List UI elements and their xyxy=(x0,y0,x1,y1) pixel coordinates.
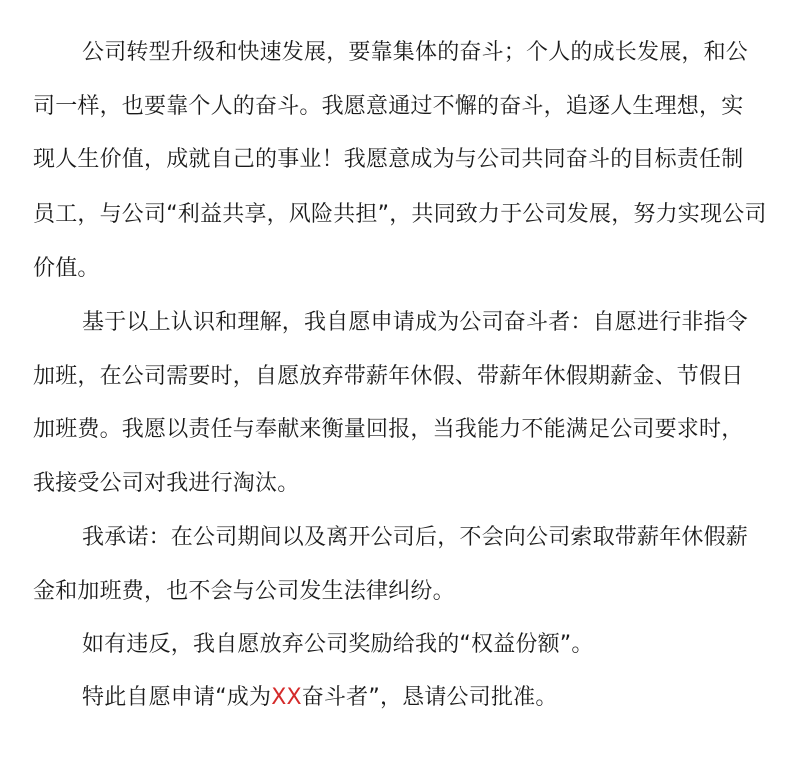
text-line-9: 我接受公司对我进行淘汰。 xyxy=(33,469,299,499)
text-line-10: 我承诺：在公司期间以及离开公司后，不会向公司索取带薪年休假薪 xyxy=(82,523,748,553)
text-line-1: 公司转型升级和快速发展，要靠集体的奋斗；个人的成长发展，和公 xyxy=(82,38,748,68)
text-line-closing: 特此自愿申请“成为XX奋斗者”，恳请公司批准。 xyxy=(82,683,558,713)
text-line-5: 价值。 xyxy=(33,254,100,284)
text-line-4: 员工，与公司“利益共享，风险共担”，共同致力于公司发展，努力实现公司 xyxy=(33,200,767,230)
text-line-3: 现人生价值，成就自己的事业！我愿意成为与公司共同奋斗的目标责任制 xyxy=(33,145,743,175)
placeholder-company-name: XX xyxy=(271,685,302,710)
text-line-8: 加班费。我愿以责任与奉献来衡量回报，当我能力不能满足公司要求时， xyxy=(33,415,743,445)
closing-suffix: 奋斗者”，恳请公司批准。 xyxy=(302,685,558,710)
text-line-6: 基于以上认识和理解，我自愿申请成为公司奋斗者：自愿进行非指令 xyxy=(82,308,748,338)
closing-prefix: 特此自愿申请“成为 xyxy=(82,685,271,710)
text-line-2: 司一样，也要靠个人的奋斗。我愿意通过不懈的奋斗，追逐人生理想，实 xyxy=(33,92,743,122)
text-line-7: 加班，在公司需要时，自愿放弃带薪年休假、带薪年休假期薪金、节假日 xyxy=(33,362,743,392)
text-line-12: 如有违反，我自愿放弃公司奖励给我的“权益份额”。 xyxy=(82,630,594,660)
text-line-11: 金和加班费，也不会与公司发生法律纠纷。 xyxy=(33,577,455,607)
